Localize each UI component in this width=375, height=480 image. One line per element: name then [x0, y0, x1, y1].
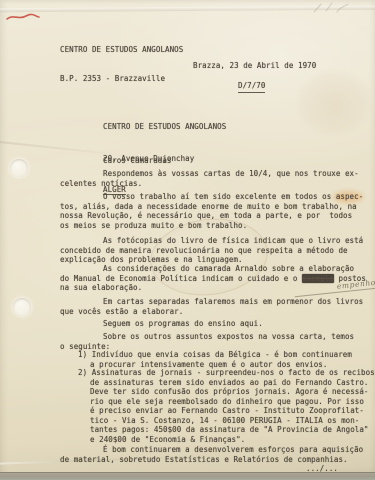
reference-number: D/7/70	[238, 81, 265, 93]
list-item: 1) Indivíduo que envia coisas da Bélgica…	[60, 350, 352, 369]
letterhead-org: CENTRO DE ESTUDOS ANGOLANOS	[60, 45, 183, 55]
scanned-letter-page: CENTRO DE ESTUDOS ANGOLANOS B.P. 2353 - …	[0, 0, 375, 480]
paragraph: Respondemos às vossas cartas de 10/4, qu…	[60, 169, 359, 188]
letterhead: CENTRO DE ESTUDOS ANGOLANOS B.P. 2353 - …	[60, 25, 183, 103]
paragraph: O vosso trabalho aí tem sido excelente e…	[60, 192, 363, 230]
paragraph-with-correction: As considerações do camarada Arnaldo sob…	[60, 264, 366, 293]
paragraph: Seguem os programas do ensino aqui.	[60, 319, 263, 329]
list-item: 2) Assinaturas de jornais - surpreendeu-…	[60, 368, 375, 444]
salutation: Caros Camaradas	[103, 156, 171, 166]
paragraph: Sobre os outros assuntos expostos na vos…	[60, 332, 354, 351]
dateline: Brazza, 23 de Abril de 1970	[193, 61, 316, 71]
pencil-mark	[308, 0, 352, 16]
strikethrough-word: exemploempenho	[302, 274, 334, 283]
recipient-org: CENTRO DE ESTUDOS ANGOLANOS	[103, 122, 226, 133]
punch-hole	[10, 159, 28, 177]
punch-hole	[13, 298, 31, 316]
paragraph: As fotócopias do livro de física indicam…	[60, 236, 363, 265]
paper-stain	[298, 72, 370, 134]
red-pencil-mark	[5, 12, 41, 24]
paper-bottom-edge	[0, 472, 375, 480]
letterhead-address: B.P. 2353 - Brazzaville	[60, 74, 183, 84]
paragraph: Em cartas separadas falaremos mais em po…	[60, 297, 363, 316]
paragraph: É bom continuarem a desenvolverem esforç…	[60, 445, 363, 464]
